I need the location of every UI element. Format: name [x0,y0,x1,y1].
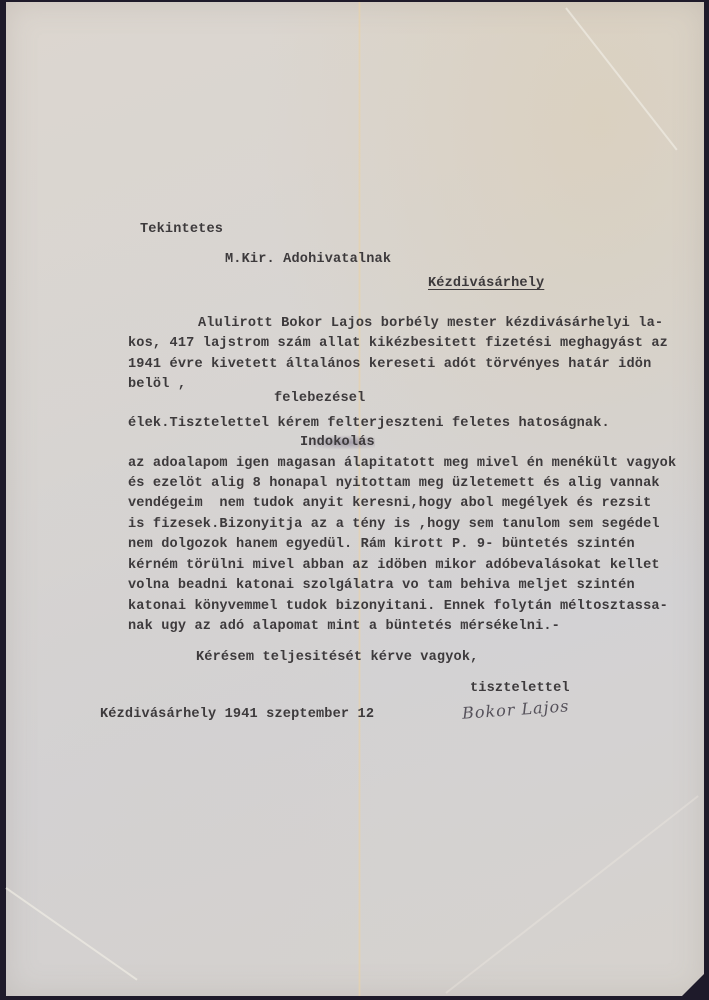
reasoning-heading: Indokolás [300,435,375,450]
reasoning-line-1: az adoalapom igen magasan álapitatott me… [128,456,676,471]
reasoning-line-3: vendégeim nem tudok anyit keresni,hogy a… [128,496,651,511]
addressee-office: M.Kir. Adohivatalnak [225,252,391,267]
addressee-city: Kézdivásárhely [428,276,544,291]
crease-line [565,7,677,150]
folded-corner [682,974,704,996]
reasoning-line-8: katonai könyvemmel tudok bizonyitani. En… [128,599,668,614]
crease-line [5,887,137,980]
appeal-line: élek.Tisztelettel kérem felterjeszteni f… [128,416,610,431]
reasoning-line-5: nem dolgozok hanem egyedül. Rám kirott P… [128,537,635,552]
reasoning-line-2: és ezelöt alig 8 honapal nyitottam meg ü… [128,476,660,491]
reasoning-line-7: volna beadni katonai szolgálatra vo tam … [128,578,635,593]
salutation: Tekintetes [140,222,223,237]
crease-line [445,795,698,994]
intro-line-1: Alulirott Bokor Lajos borbély mester kéz… [198,316,663,331]
closing-request: Kérésem teljesitését kérve vagyok, [196,650,478,665]
intro-line-4: belöl , [128,377,186,392]
letter-text: Tekintetes M.Kir. Adohivatalnak Kézdivás… [0,0,17,405]
intro-line-2: kos, 417 lajstrom szám allat kikézbesite… [128,336,668,351]
place-date: Kézdivásárhely 1941 szeptember 12 [100,707,374,722]
appeal-heading: felebezésel [274,391,365,406]
intro-line-3: 1941 évre kivetett általános kereseti ad… [128,357,651,372]
reasoning-line-6: kérném törülni mivel abban az idöben mik… [128,558,660,573]
reasoning-line-4: is fizesek.Bizonyitja az a tény is ,hogy… [128,517,660,532]
reasoning-line-9: nak ugy az adó alapomat mint a büntetés … [128,619,560,634]
closing-regards: tisztelettel [470,681,570,696]
